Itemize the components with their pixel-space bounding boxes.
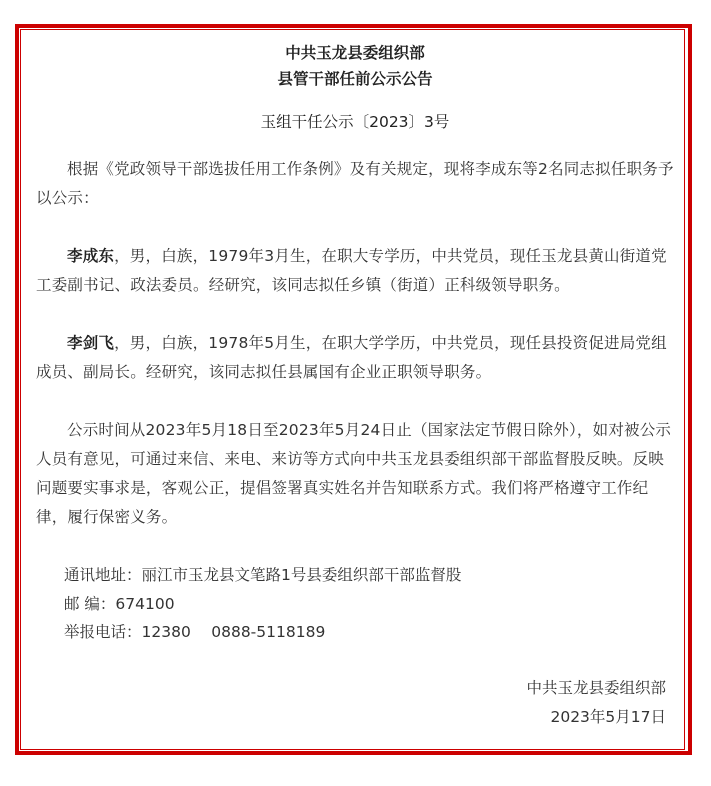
- announcement-body: 中共玉龙县委组织部 县管干部任前公示公告 玉组干任公示〔2023〕3号 根据《党…: [36, 40, 674, 732]
- contact-block: 通讯地址：丽江市玉龙县文笔路1号县委组织部干部监督股 邮 编：674100 举报…: [36, 561, 674, 647]
- intro-paragraph: 根据《党政领导干部选拔任用工作条例》及有关规定，现将李成东等2名同志拟任职务予以…: [36, 155, 674, 213]
- contact-postcode: 邮 编：674100: [36, 590, 674, 619]
- title-line-2: 县管干部任前公示公告: [36, 66, 674, 92]
- signature-block: 中共玉龙县委组织部 2023年5月17日: [36, 674, 674, 732]
- contact-address: 通讯地址：丽江市玉龙县文笔路1号县委组织部干部监督股: [36, 561, 674, 590]
- candidate-name: 李成东: [67, 247, 114, 265]
- candidate-paragraph-2: 李剑飞，男，白族，1978年5月生，在职大学学历，中共党员，现任县投资促进局党组…: [36, 329, 674, 387]
- candidate-description: ，男，白族，1979年3月生，在职大专学历，中共党员，现任玉龙县黄山街道党工委副…: [36, 247, 667, 294]
- title-line-1: 中共玉龙县委组织部: [36, 40, 674, 66]
- candidate-name: 李剑飞: [67, 334, 114, 352]
- notice-paragraph: 公示时间从2023年5月18日至2023年5月24日止（国家法定节假日除外），如…: [36, 416, 674, 532]
- candidate-description: ，男，白族，1978年5月生，在职大学学历，中共党员，现任县投资促进局党组成员、…: [36, 334, 667, 381]
- signature-date: 2023年5月17日: [36, 703, 674, 732]
- contact-phone: 举报电话：12380 0888-5118189: [36, 618, 674, 647]
- candidate-paragraph-1: 李成东，男，白族，1979年3月生，在职大专学历，中共党员，现任玉龙县黄山街道党…: [36, 242, 674, 300]
- document-number: 玉组干任公示〔2023〕3号: [36, 109, 674, 135]
- signature-org: 中共玉龙县委组织部: [36, 674, 674, 703]
